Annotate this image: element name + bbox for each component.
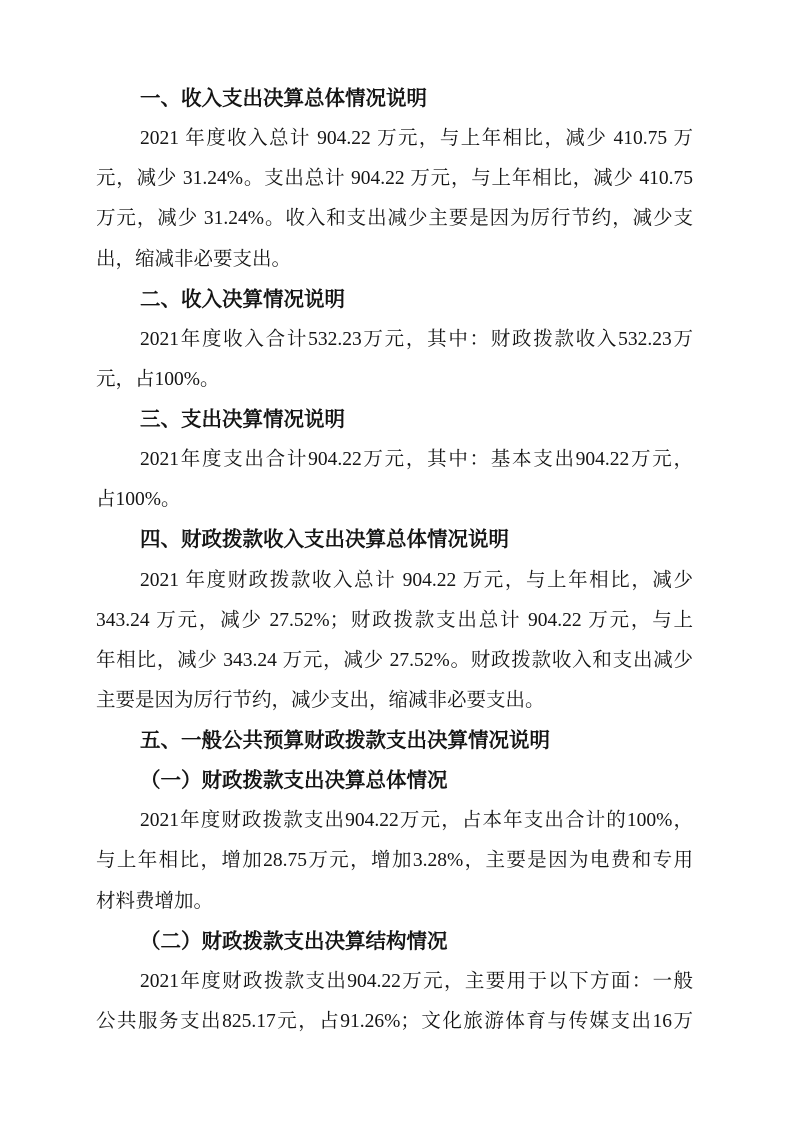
text-line: 343.24 万元，减少 27.52%；财政拨款支出总计 904.22 万元，与… xyxy=(96,601,693,641)
text-line: 2021年度支出合计904.22万元，其中：基本支出904.22万元， xyxy=(96,440,693,480)
heading-section-2: 二、收入决算情况说明 xyxy=(96,280,693,320)
text-line: 2021 年度收入总计 904.22 万元，与上年相比，减少 410.75 万 xyxy=(96,119,693,159)
text-line: 占100%。 xyxy=(96,480,693,520)
text-line: 2021年度收入合计532.23万元，其中：财政拨款收入532.23万 xyxy=(96,320,693,360)
heading-section-1: 一、收入支出决算总体情况说明 xyxy=(96,79,693,119)
text-line: 元，减少 31.24%。支出总计 904.22 万元，与上年相比，减少 410.… xyxy=(96,159,693,199)
heading-section-3: 三、支出决算情况说明 xyxy=(96,400,693,440)
text-line: 与上年相比，增加28.75万元，增加3.28%，主要是因为电费和专用 xyxy=(96,841,693,881)
text-line: 公共服务支出825.17元，占91.26%；文化旅游体育与传媒支出16万 xyxy=(96,1002,693,1042)
document-page: 一、收入支出决算总体情况说明 2021 年度收入总计 904.22 万元，与上年… xyxy=(0,0,793,1122)
text-block: 一、收入支出决算总体情况说明 2021 年度收入总计 904.22 万元，与上年… xyxy=(96,79,693,1042)
text-line: 出，缩减非必要支出。 xyxy=(96,240,693,280)
text-line: 元，占100%。 xyxy=(96,360,693,400)
text-line: 万元，减少 31.24%。收入和支出减少主要是因为厉行节约，减少支 xyxy=(96,199,693,239)
text-line: 材料费增加。 xyxy=(96,882,693,922)
heading-section-4: 四、财政拨款收入支出决算总体情况说明 xyxy=(96,520,693,560)
heading-section-5: 五、一般公共预算财政拨款支出决算情况说明 xyxy=(96,721,693,761)
text-line: 主要是因为厉行节约，减少支出，缩减非必要支出。 xyxy=(96,681,693,721)
text-line: 2021 年度财政拨款收入总计 904.22 万元，与上年相比，减少 xyxy=(96,561,693,601)
text-line: 年相比，减少 343.24 万元，减少 27.52%。财政拨款收入和支出减少 xyxy=(96,641,693,681)
heading-section-5-1: （一）财政拨款支出决算总体情况 xyxy=(96,761,693,801)
text-line: 2021年度财政拨款支出904.22万元，主要用于以下方面：一般 xyxy=(96,962,693,1002)
text-line: 2021年度财政拨款支出904.22万元，占本年支出合计的100%， xyxy=(96,801,693,841)
heading-section-5-2: （二）财政拨款支出决算结构情况 xyxy=(96,922,693,962)
